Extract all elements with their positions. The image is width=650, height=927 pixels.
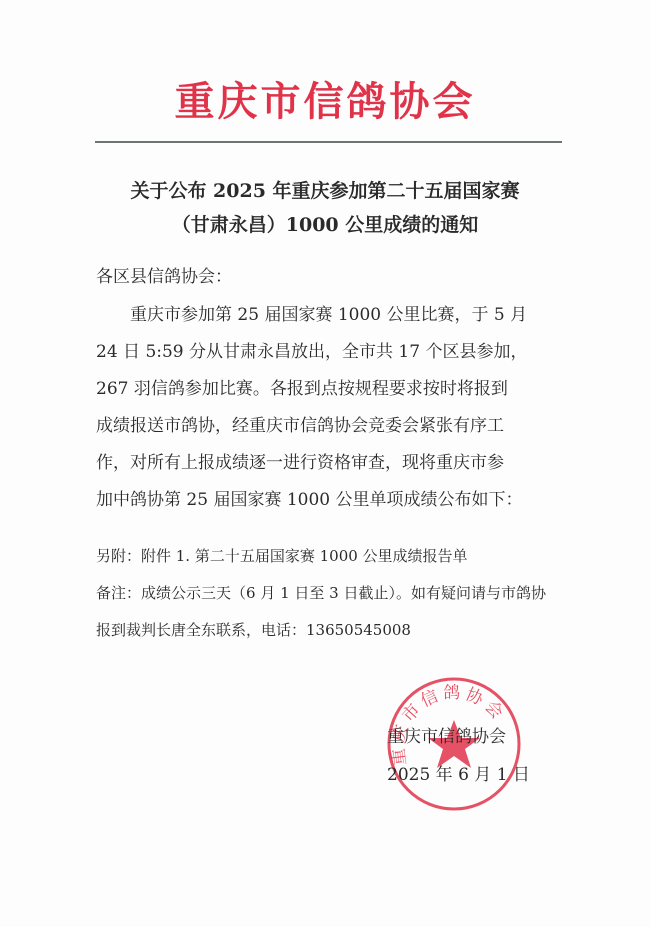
- paragraph-line: 加中鸽协第 25 届国家赛 1000 公里单项成绩公布如下：: [96, 485, 523, 510]
- paragraph-line: 成绩报送市鸽协，经重庆市信鸽协会竞委会紧张有序工: [96, 411, 504, 436]
- paragraph-line: 作，对所有上报成绩逐一进行资格审查，现将重庆市参: [96, 448, 504, 473]
- attachment-note: 另附：附件 1. 第二十五届国家赛 1000 公里成绩报告单: [96, 545, 468, 566]
- organization-header: 重庆市信鸽协会: [0, 70, 650, 127]
- paragraph-line: 重庆市参加第 25 届国家赛 1000 公里比赛，于 5 月: [130, 300, 527, 325]
- remark-line-2: 报到裁判长唐全东联系，电话：13650545008: [96, 619, 411, 640]
- remark-line-1: 备注：成绩公示三天（6 月 1 日至 3 日截止）。如有疑问请与市鸽协: [96, 582, 546, 603]
- signature-date: 2025 年 6 月 1 日: [387, 760, 530, 785]
- document-title-line-1: 关于公布 2025 年重庆参加第二十五届国家赛: [0, 176, 650, 203]
- paragraph-line: 267 羽信鸽参加比赛。各报到点按规程要求按时将报到: [96, 374, 508, 399]
- document-title-line-2: （甘肃永昌）1000 公里成绩的通知: [0, 210, 650, 237]
- salutation: 各区县信鸽协会：: [96, 262, 232, 287]
- header-divider: [95, 141, 562, 143]
- paragraph-line: 24 日 5:59 分从甘肃永昌放出，全市共 17 个区县参加，: [96, 337, 527, 362]
- signature-organization: 重庆市信鸽协会: [387, 722, 506, 747]
